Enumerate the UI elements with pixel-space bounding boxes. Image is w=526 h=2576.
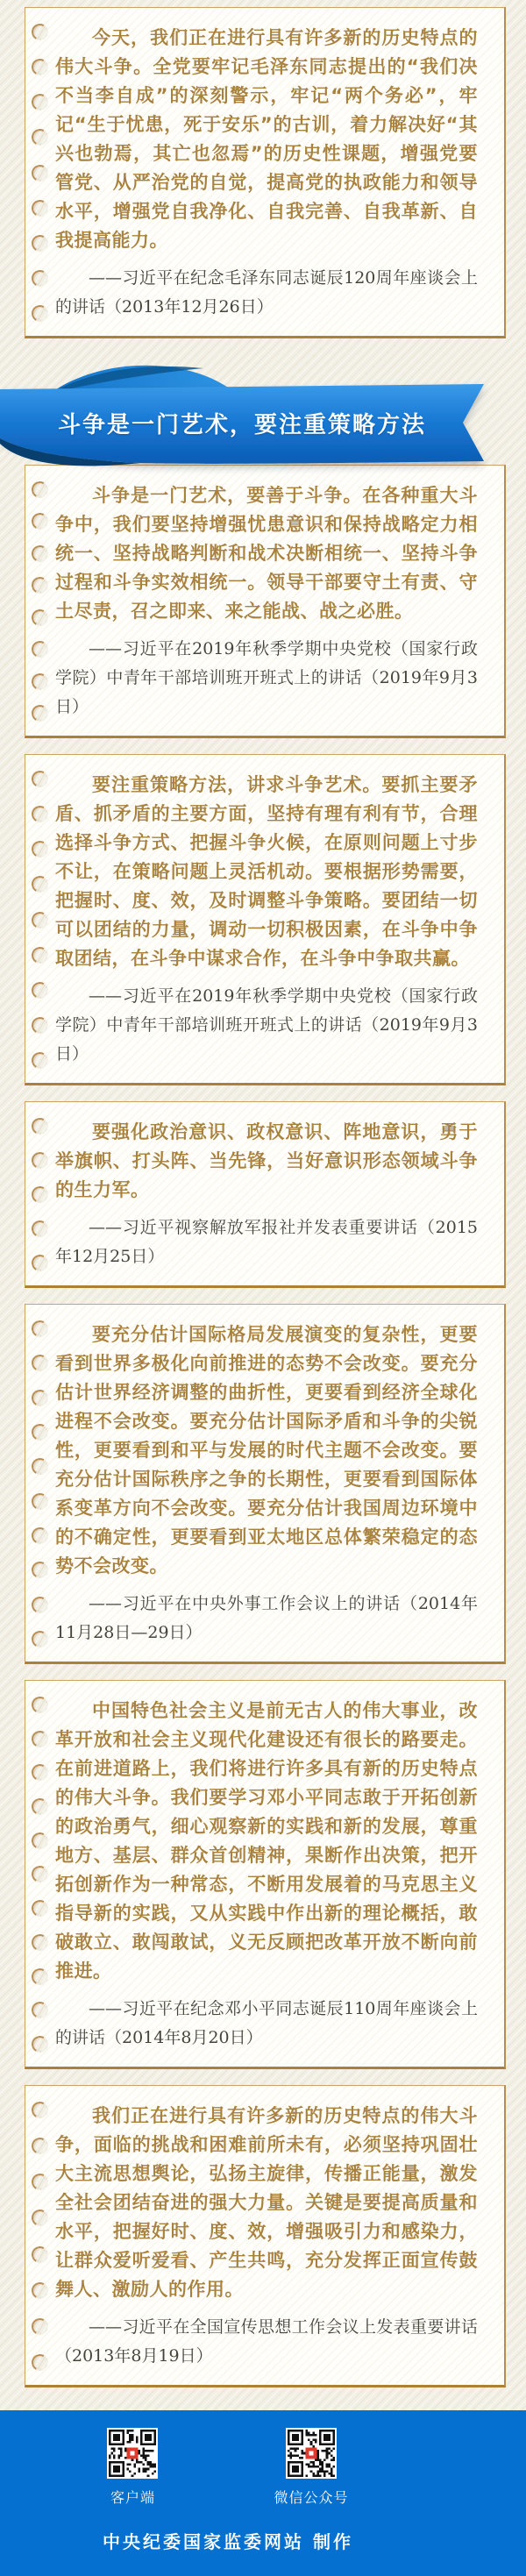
section-title: 斗争是一门艺术，要注重策略方法 xyxy=(0,386,484,459)
quote-card: 要强化政治意识、政权意识、阵地意识，勇于举旗帜、打头阵、当先锋，当好意识形态领域… xyxy=(25,1101,506,1288)
binder-hole-icon xyxy=(30,544,50,564)
qr-block-wechat: 微信公众号 xyxy=(274,2428,348,2507)
quote-source: ——习近平在纪念邓小平同志诞辰110周年座谈会上的讲话（2014年8月20日） xyxy=(55,1995,478,2053)
binder-hole-icon xyxy=(30,2136,50,2156)
binder-hole-icon xyxy=(30,511,50,531)
binder-hole-icon xyxy=(30,1253,50,1273)
footer-credit: 中央纪委国家监委网站 制作 xyxy=(103,2528,353,2553)
page: 今天，我们正在进行具有许多新的历史特点的伟大斗争。全党要牢记毛泽东同志提出的“我… xyxy=(0,0,526,2576)
binder-hole-icon xyxy=(30,839,50,859)
quote-source: ——习近平在2019年秋季学期中央党校（国家行政学院）中青年干部培训班开班式上的… xyxy=(55,982,478,1069)
binder-hole-icon xyxy=(30,2034,50,2054)
binder-hole-icon xyxy=(30,1966,50,1986)
binder-hole-icon xyxy=(30,22,50,42)
binder-hole-icon xyxy=(30,769,50,789)
binder-hole-icon xyxy=(30,1491,50,1512)
quote-text: 斗争是一门艺术，要善于斗争。在各种重大斗争中，我们要坚持增强忧患意识和保持战略定… xyxy=(55,481,478,626)
binder-hole-icon xyxy=(30,127,50,147)
binder-hole-icon xyxy=(30,2244,50,2264)
quote-card: 我们正在进行具有许多新的历史特点的伟大斗争，面临的挑战和困难前所未有，必须坚持巩… xyxy=(25,2085,506,2387)
binder-hole-icon xyxy=(30,909,50,929)
quote-card: 今天，我们正在进行具有许多新的历史特点的伟大斗争。全党要牢记毛泽东同志提出的“我… xyxy=(25,7,506,338)
binder-hole-icon xyxy=(30,268,50,288)
quote-source: ——习近平在2019年秋季学期中央党校（国家行政学院）中青年干部培训班开班式上的… xyxy=(55,635,478,722)
binder-hole-icon xyxy=(30,1015,50,1035)
binder-hole-icon xyxy=(30,2100,50,2120)
binder-hole-icon xyxy=(30,1456,50,1477)
binder-hole-icon xyxy=(30,1116,50,1136)
binder-holes xyxy=(32,481,47,722)
qr-label-client: 客户端 xyxy=(110,2487,155,2507)
binder-hole-icon xyxy=(30,944,50,964)
binder-hole-icon xyxy=(30,2172,50,2192)
footer: 客户端 微信公众号 中央纪委国家监委网站 制作 xyxy=(0,2410,526,2576)
binder-hole-icon xyxy=(30,1729,50,1749)
binder-hole-icon xyxy=(30,1629,50,1649)
binder-hole-icon xyxy=(30,92,50,112)
binder-hole-icon xyxy=(30,1388,50,1408)
binder-hole-icon xyxy=(30,1050,50,1071)
binder-hole-icon xyxy=(30,1353,50,1373)
binder-hole-icon xyxy=(30,197,50,217)
binder-holes xyxy=(32,2102,47,2371)
binder-hole-icon xyxy=(30,1831,50,1851)
binder-hole-icon xyxy=(30,874,50,894)
binder-hole-icon xyxy=(30,1898,50,1918)
binder-hole-icon xyxy=(30,1594,50,1614)
binder-hole-icon xyxy=(30,2208,50,2228)
binder-hole-icon xyxy=(30,980,50,1000)
section-banner: 斗争是一门艺术，要注重策略方法 xyxy=(0,354,526,477)
quote-text: 中国特色社会主义是前无古人的伟大事业，改革开放和社会主义现代化建设还有很长的路要… xyxy=(55,1697,478,1986)
binder-hole-icon xyxy=(30,575,50,595)
binder-hole-icon xyxy=(30,1797,50,1817)
quote-text: 要强化政治意识、政权意识、阵地意识，勇于举旗帜、打头阵、当先锋，当好意识形态领域… xyxy=(55,1118,478,1205)
binder-hole-icon xyxy=(30,804,50,824)
quote-source: ——习近平在中央外事工作会议上的讲话（2014年11月28日—29日） xyxy=(55,1590,478,1647)
qr-code-client-icon xyxy=(107,2428,158,2479)
binder-hole-icon xyxy=(30,1762,50,1783)
binder-hole-icon xyxy=(30,2352,50,2373)
binder-hole-icon xyxy=(30,1932,50,1953)
binder-hole-icon xyxy=(30,608,50,628)
footer-content: 客户端 微信公众号 中央纪委国家监委网站 制作 xyxy=(0,2428,491,2553)
qr-block-client: 客户端 xyxy=(107,2428,158,2507)
binder-hole-icon xyxy=(30,2281,50,2301)
binder-hole-icon xyxy=(30,1864,50,1884)
binder-hole-icon xyxy=(30,303,50,324)
binder-holes xyxy=(32,771,47,1069)
binder-hole-icon xyxy=(30,639,50,659)
binder-hole-icon xyxy=(30,162,50,182)
quote-card: 中国特色社会主义是前无古人的伟大事业，改革开放和社会主义现代化建设还有很长的路要… xyxy=(25,1680,506,2069)
quote-card: 要充分估计国际格局发展演变的复杂性，更要看到世界多极化向前推进的态势不会改变。要… xyxy=(25,1304,506,1664)
binder-hole-icon xyxy=(30,1695,50,1715)
binder-hole-icon xyxy=(30,1560,50,1580)
binder-hole-icon xyxy=(30,1219,50,1239)
qr-code-wechat-icon xyxy=(286,2428,337,2479)
binder-hole-icon xyxy=(30,1319,50,1339)
quote-source: ——习近平在全国宣传思想工作会议上发表重要讲话（2013年8月19日） xyxy=(55,2313,478,2371)
quote-card: 斗争是一门艺术，要善于斗争。在各种重大斗争中，我们要坚持增强忧患意识和保持战略定… xyxy=(25,465,506,738)
quote-source: ——习近平在纪念毛泽东同志诞辰120周年座谈会上的讲话（2013年12月26日） xyxy=(55,264,478,322)
binder-holes xyxy=(32,24,47,322)
quote-text: 要注重策略方法，讲求斗争艺术。要抓主要矛盾、抓矛盾的主要方面，坚持有理有利有节，… xyxy=(55,771,478,973)
binder-hole-icon xyxy=(30,480,50,500)
binder-holes xyxy=(32,1320,47,1647)
binder-hole-icon xyxy=(30,1185,50,1205)
qr-row: 客户端 微信公众号 xyxy=(107,2428,348,2507)
binder-hole-icon xyxy=(30,1422,50,1442)
quote-text: 我们正在进行具有许多新的历史特点的伟大斗争，面临的挑战和困难前所未有，必须坚持巩… xyxy=(55,2102,478,2304)
qr-label-wechat: 微信公众号 xyxy=(274,2487,348,2507)
binder-hole-icon xyxy=(30,671,50,691)
binder-hole-icon xyxy=(30,1526,50,1546)
binder-holes xyxy=(32,1697,47,2053)
binder-hole-icon xyxy=(30,57,50,77)
binder-hole-icon xyxy=(30,233,50,253)
binder-hole-icon xyxy=(30,2000,50,2020)
quote-card: 要注重策略方法，讲求斗争艺术。要抓主要矛盾、抓矛盾的主要方面，坚持有理有利有节，… xyxy=(25,754,506,1085)
quote-source: ——习近平视察解放军报社并发表重要讲话（2015年12月25日） xyxy=(55,1213,478,1271)
binder-hole-icon xyxy=(30,2316,50,2337)
quote-text: 要充分估计国际格局发展演变的复杂性，更要看到世界多极化向前推进的态势不会改变。要… xyxy=(55,1320,478,1581)
binder-holes xyxy=(32,1118,47,1271)
binder-hole-icon xyxy=(30,1150,50,1171)
binder-hole-icon xyxy=(30,703,50,723)
quote-text: 今天，我们正在进行具有许多新的历史特点的伟大斗争。全党要牢记毛泽东同志提出的“我… xyxy=(55,24,478,255)
